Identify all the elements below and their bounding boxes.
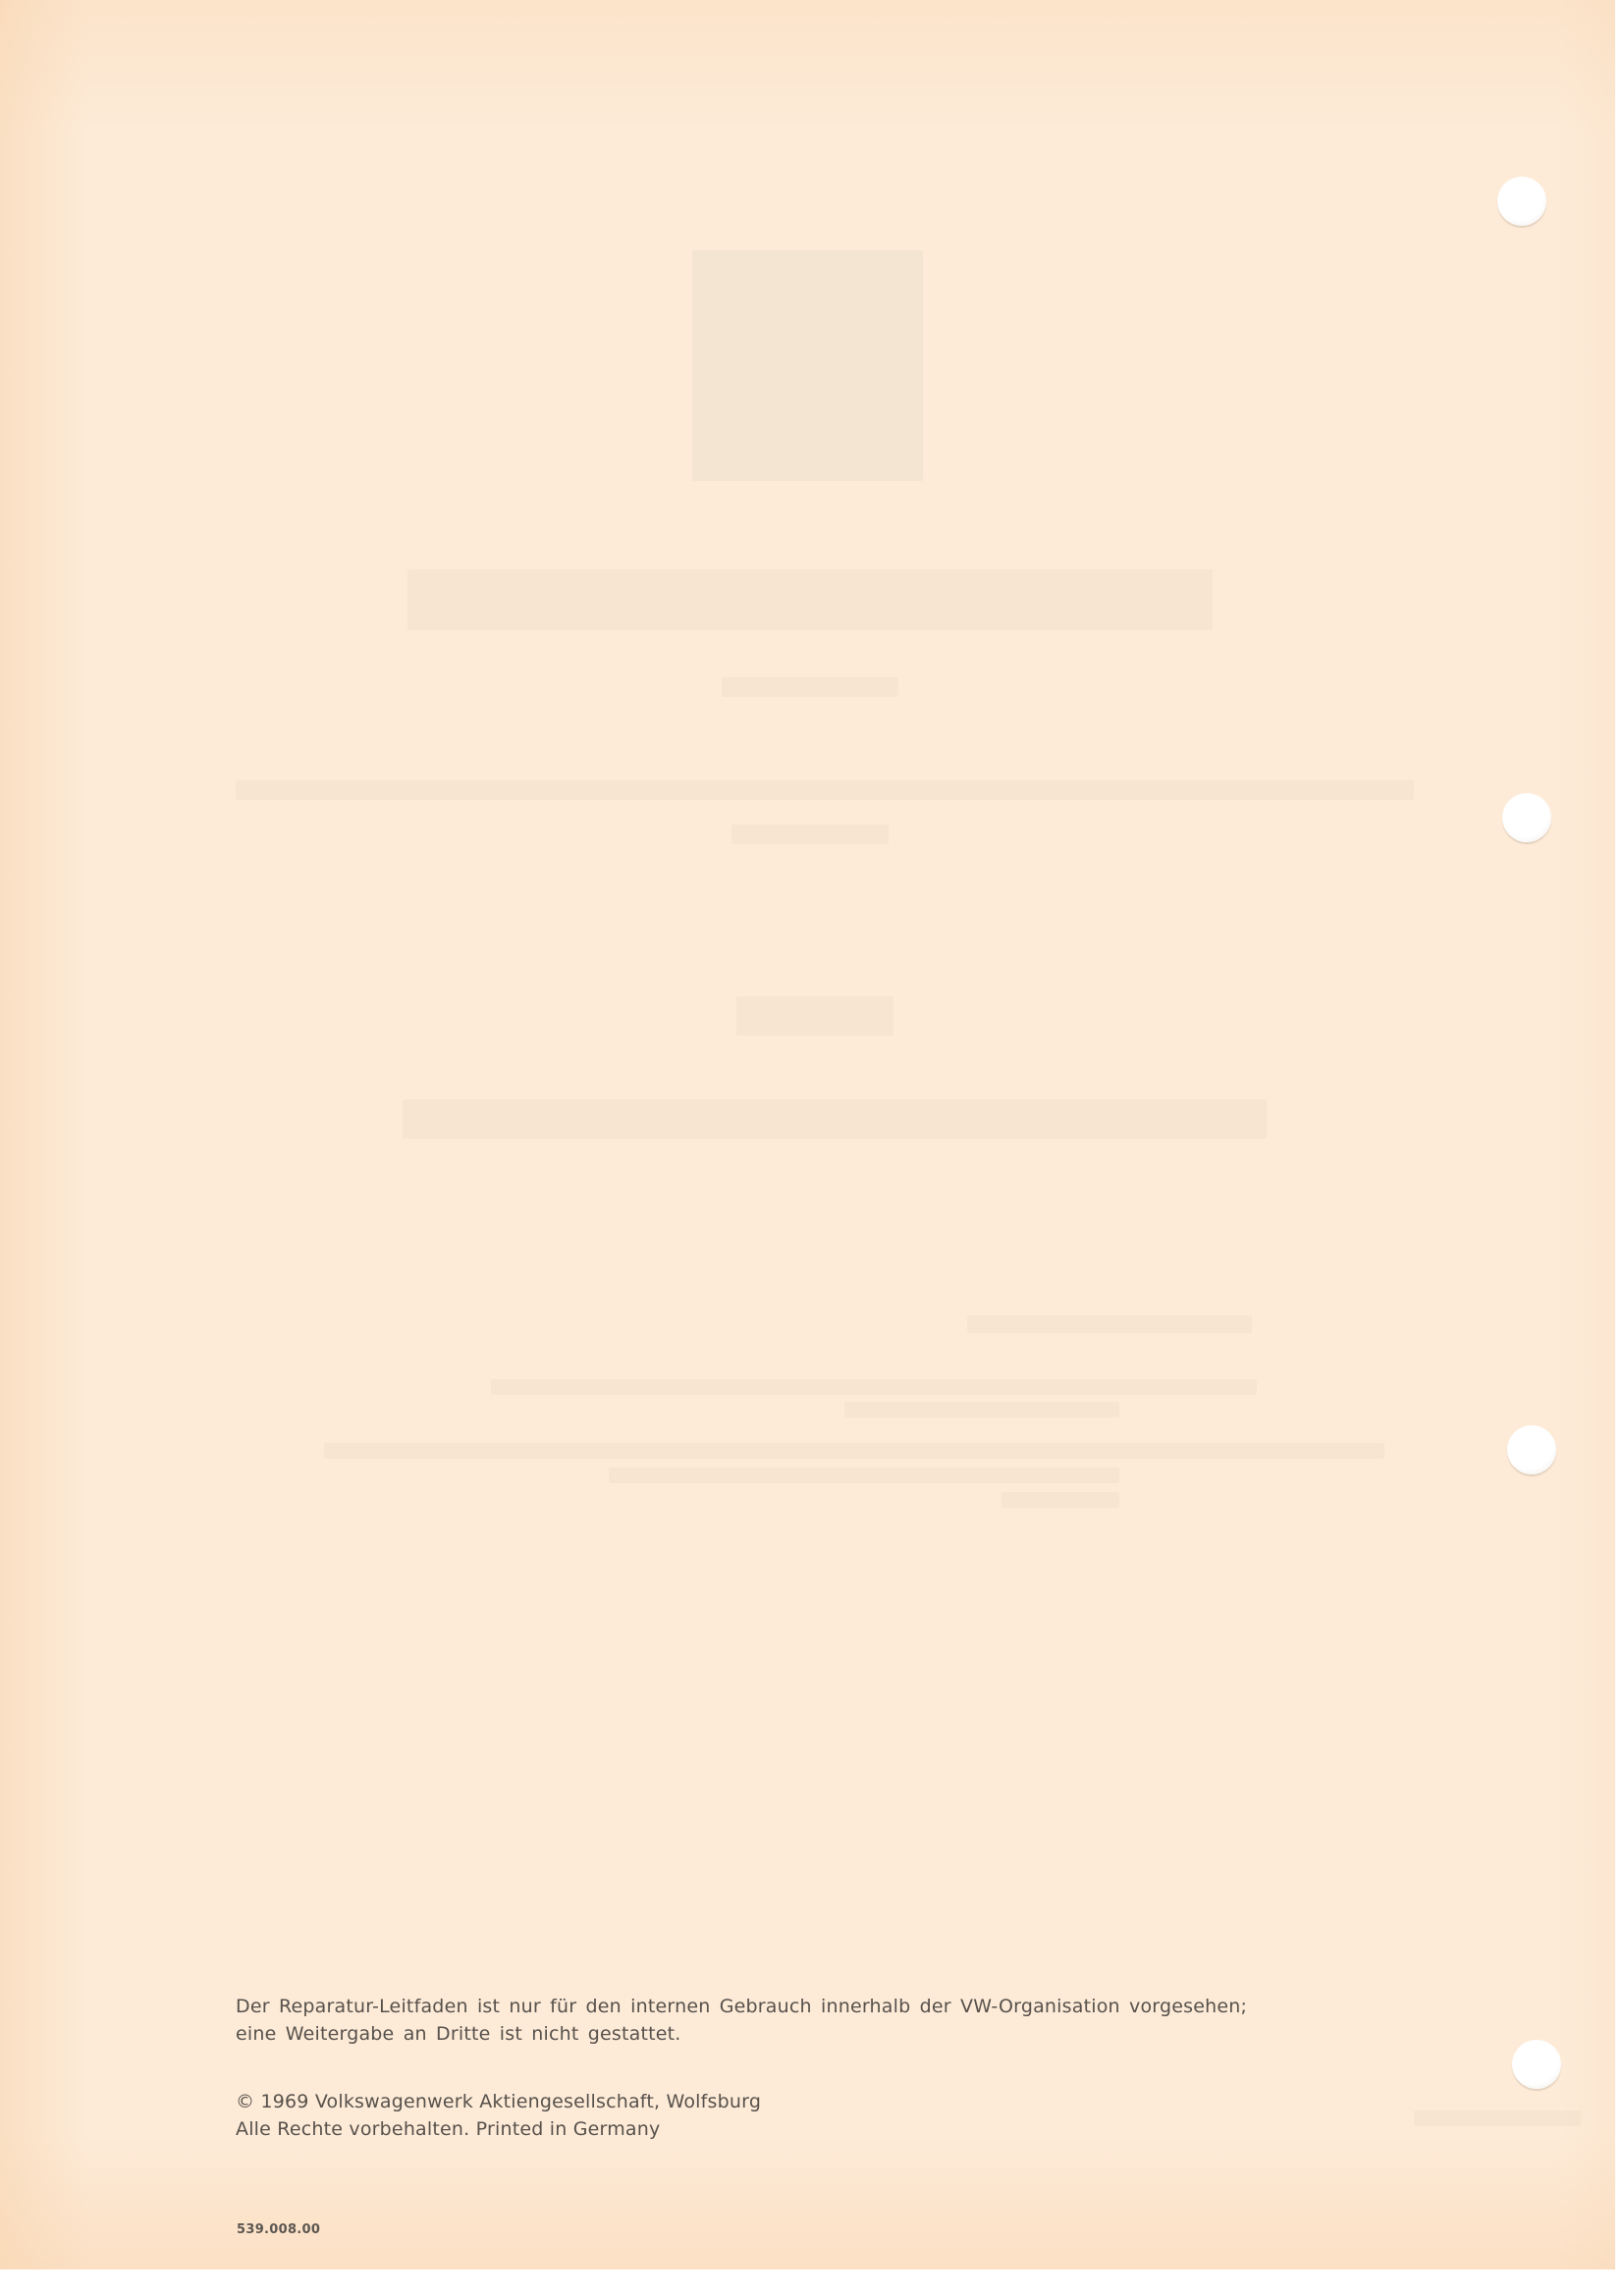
- document-page: Der Reparatur-Leitfaden ist nur für den …: [0, 0, 1615, 2269]
- punch-hole: [1507, 1425, 1556, 1474]
- bleed-through-heading: [736, 996, 893, 1036]
- bleed-through-line: [609, 1468, 1119, 1483]
- punch-hole: [1502, 793, 1551, 842]
- bleed-through-line: [1001, 1492, 1119, 1508]
- bleed-through-heading: [403, 1099, 1267, 1139]
- bleed-through-line: [491, 1379, 1257, 1395]
- bleed-through-line: [844, 1402, 1119, 1417]
- usage-notice-line: eine Weitergabe an Dritte ist nicht gest…: [236, 2020, 1247, 2048]
- punch-hole: [1512, 2040, 1561, 2089]
- copyright-line: © 1969 Volkswagenwerk Aktiengesellschaft…: [236, 2088, 761, 2115]
- usage-notice: Der Reparatur-Leitfaden ist nur für den …: [236, 1993, 1247, 2048]
- document-number: 539.008.00: [237, 2222, 320, 2237]
- bleed-through-line: [967, 1315, 1252, 1333]
- bleed-through-subtitle: [722, 677, 898, 697]
- usage-notice-line: Der Reparatur-Leitfaden ist nur für den …: [236, 1993, 1247, 2020]
- bleed-through-line: [324, 1443, 1384, 1459]
- bleed-through-title: [407, 569, 1213, 630]
- bleed-through-line: [236, 780, 1414, 800]
- punch-hole: [1497, 177, 1546, 226]
- bleed-through-line: [731, 825, 889, 844]
- bleed-through-line: [1414, 2110, 1581, 2126]
- rights-line: Alle Rechte vorbehalten. Printed in Germ…: [236, 2115, 761, 2143]
- bleed-through-emblem: [692, 250, 923, 481]
- copyright-block: © 1969 Volkswagenwerk Aktiengesellschaft…: [236, 2088, 761, 2143]
